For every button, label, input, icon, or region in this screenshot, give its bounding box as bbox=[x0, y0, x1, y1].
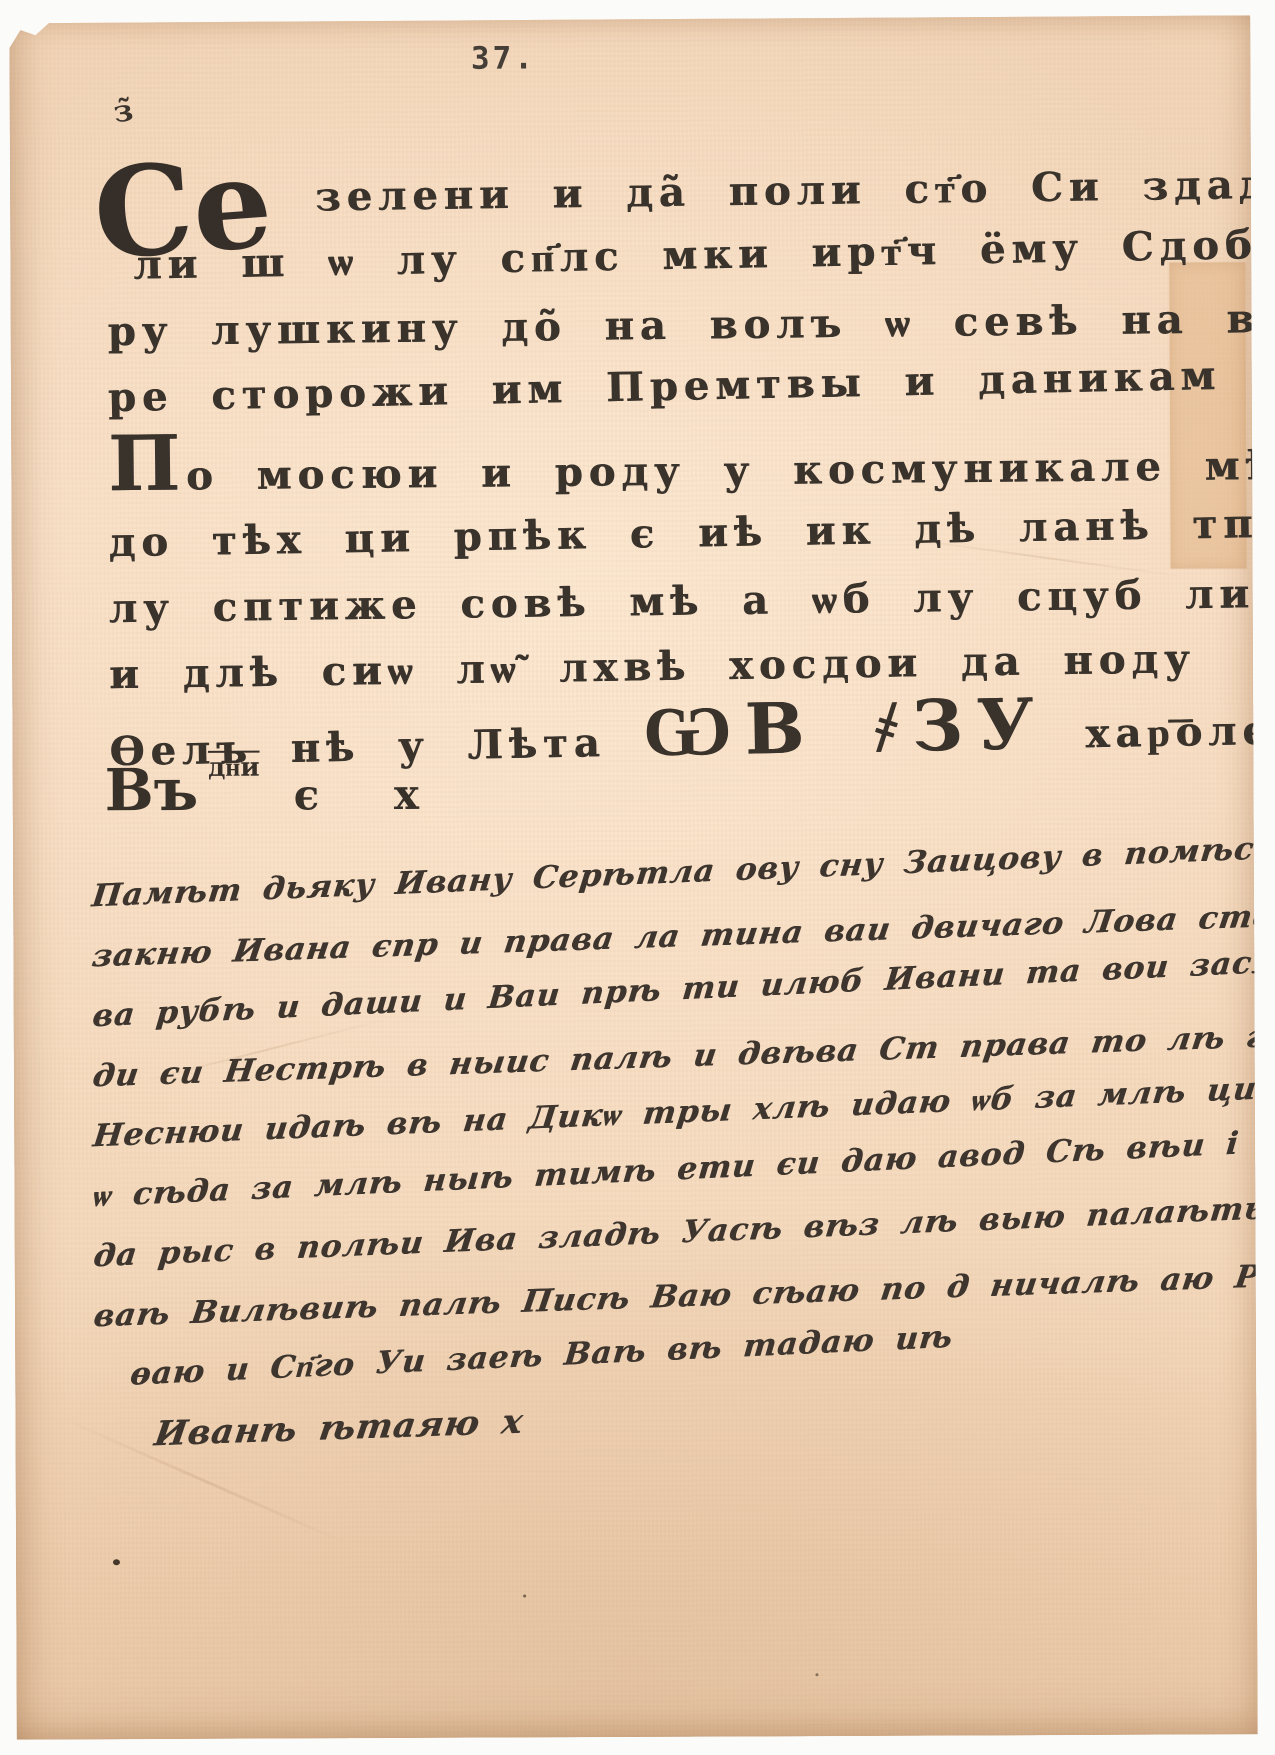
upper-text-block: зелени и да̃ поли ст҃о Си здадоли ш ѡ лу… bbox=[107, 163, 1070, 785]
subscription-tail: є х bbox=[294, 770, 449, 820]
manuscript-page: 37. з̃ Се зелени и да̃ поли ст҃о Си здад… bbox=[9, 15, 1257, 1739]
subscription-word: Въ bbox=[104, 756, 198, 824]
lower-text-block: Памѣт дьяку Ивану Серѣтла ову сну Заицов… bbox=[92, 862, 1185, 1467]
large-date-numerals: ѠВ ҂ЗУ bbox=[643, 682, 1048, 772]
ink-speck bbox=[113, 1559, 120, 1565]
marginal-mark: з̃ bbox=[111, 93, 135, 130]
ink-speck bbox=[815, 1673, 818, 1676]
date-subscription-line: Въдн҃иє х bbox=[104, 755, 449, 825]
scan-background: 37. з̃ Се зелени и да̃ поли ст҃о Си здад… bbox=[0, 0, 1275, 1755]
ink-speck bbox=[523, 1594, 526, 1597]
subscription-superscript: дн҃и bbox=[208, 753, 260, 783]
page-number: 37. bbox=[455, 40, 551, 76]
